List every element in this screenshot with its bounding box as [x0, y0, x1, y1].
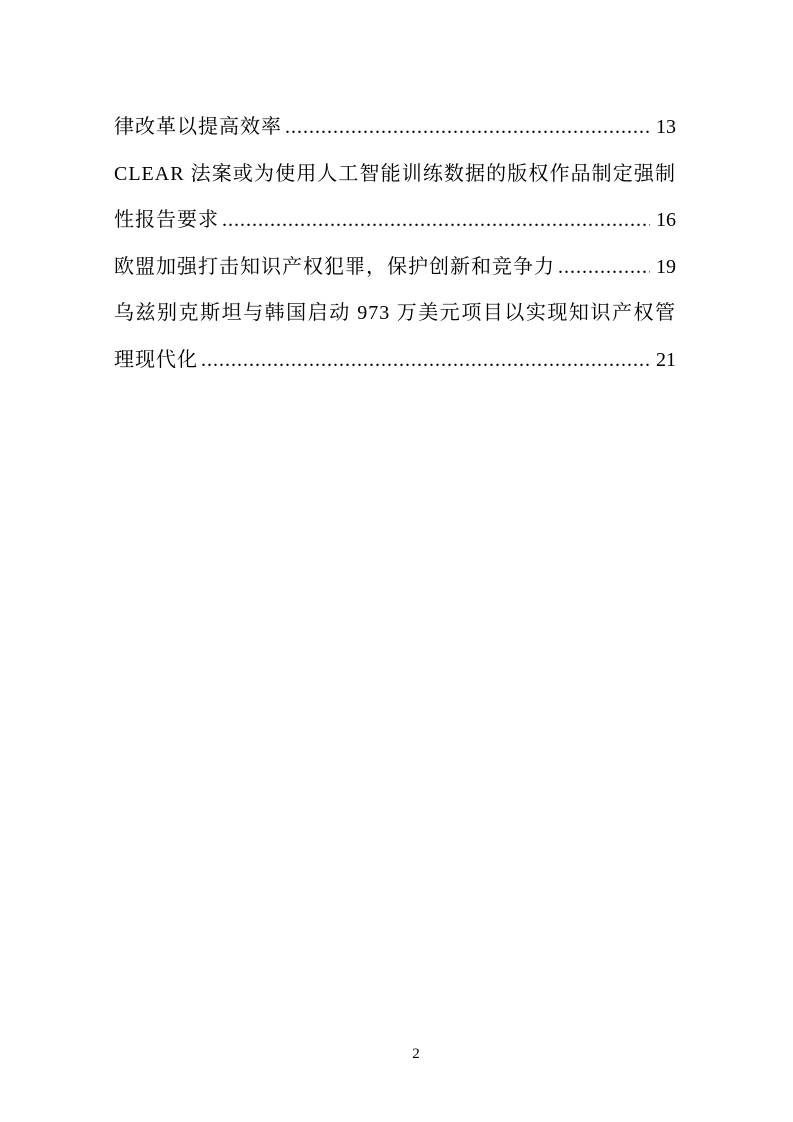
toc-entry-text: 乌兹别克斯坦与韩国启动 973 万美元项目以实现知识产权管	[114, 302, 676, 324]
toc-entry-text: 性报告要求	[114, 197, 219, 244]
toc-page-number: 19	[650, 244, 676, 291]
toc-line[interactable]: 乌兹别克斯坦与韩国启动 973 万美元项目以实现知识产权管	[114, 290, 676, 337]
dot-leader: ........................................…	[285, 104, 650, 151]
toc-line[interactable]: 律改革以提高效率 ...............................…	[114, 104, 676, 151]
table-of-contents: 律改革以提高效率 ...............................…	[114, 104, 676, 383]
toc-line[interactable]: 理现代化 ...................................…	[114, 337, 676, 384]
toc-page-number: 13	[650, 104, 676, 151]
footer-page-number: 2	[412, 1046, 420, 1062]
page-footer: 2	[412, 1044, 420, 1064]
toc-entry-text: CLEAR 法案或为使用人工智能训练数据的版权作品制定强制	[114, 163, 676, 185]
dot-leader: ........................................…	[558, 244, 650, 291]
dot-leader: ........................................…	[201, 337, 650, 384]
toc-entry-text: 欧盟加强打击知识产权犯罪，保护创新和竞争力	[114, 244, 555, 291]
toc-page-number: 16	[650, 197, 676, 244]
document-page: 律改革以提高效率 ...............................…	[0, 0, 793, 1122]
toc-entry: 乌兹别克斯坦与韩国启动 973 万美元项目以实现知识产权管 理现代化 .....…	[114, 290, 676, 383]
toc-line[interactable]: 性报告要求 ..................................…	[114, 197, 676, 244]
toc-line[interactable]: 欧盟加强打击知识产权犯罪，保护创新和竞争力 ..................…	[114, 244, 676, 291]
toc-entry: 欧盟加强打击知识产权犯罪，保护创新和竞争力 ..................…	[114, 244, 676, 291]
toc-entry-text: 理现代化	[114, 337, 198, 384]
toc-page-number: 21	[650, 337, 676, 384]
toc-line[interactable]: CLEAR 法案或为使用人工智能训练数据的版权作品制定强制	[114, 151, 676, 198]
toc-entry: CLEAR 法案或为使用人工智能训练数据的版权作品制定强制 性报告要求 ....…	[114, 151, 676, 244]
toc-entry-text: 律改革以提高效率	[114, 104, 282, 151]
toc-entry: 律改革以提高效率 ...............................…	[114, 104, 676, 151]
dot-leader: ........................................…	[222, 197, 650, 244]
